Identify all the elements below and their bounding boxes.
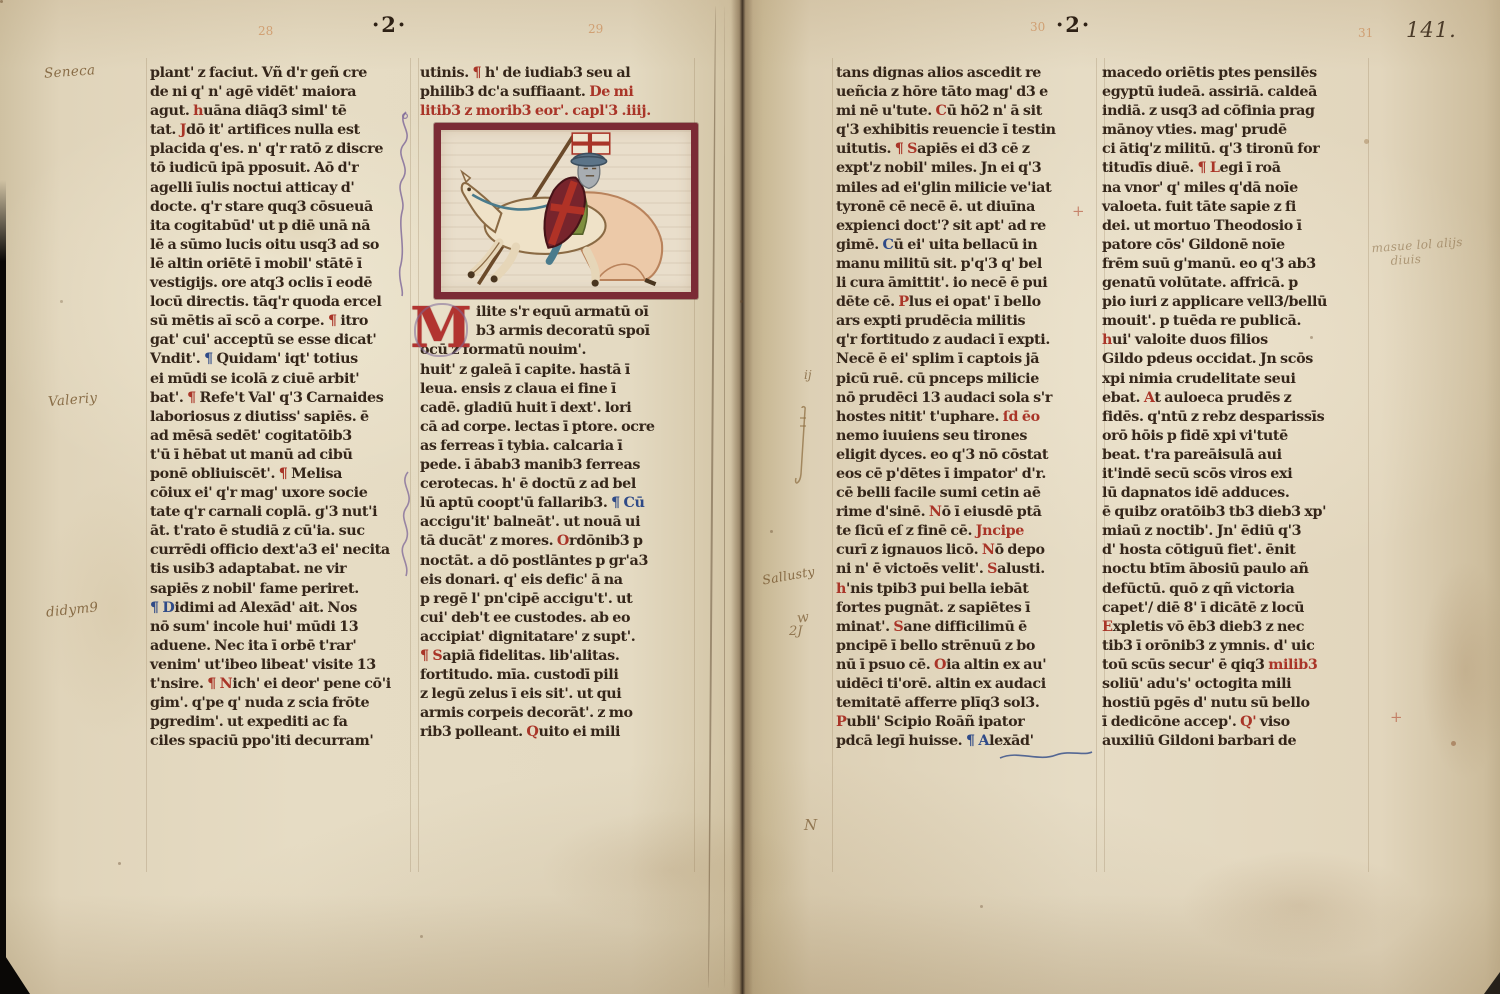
text-line: lū aptū coopt'ū fallarib3. ¶ Cū	[420, 494, 692, 513]
text-line: cē belli facile sumi cetin aē	[836, 484, 1098, 503]
text-line: miaū z noctib'. Jn' ēdiū q'3	[1102, 522, 1368, 541]
faint-column-number: 31	[1358, 26, 1373, 40]
gutter-shadow	[731, 0, 753, 994]
text-column-4: macedo oriētis ptes pensilēsegyptū iudeā…	[1102, 64, 1368, 751]
text-line: defūctū. quō z qñ victoria	[1102, 580, 1368, 599]
text-line: lē a sūmo lucis oitu usq3 ad so	[150, 236, 412, 255]
text-line: cerotecas. h' ē doctū z ad bel	[420, 475, 692, 494]
text-line: capet'/ diē 8' ī dicātē z locū	[1102, 599, 1368, 618]
text-line: soliū' adu's' octogita mili	[1102, 675, 1368, 694]
text-line: eis donari. q' eis defic' ā na	[420, 571, 692, 590]
blue-underline-flourish	[998, 748, 1094, 764]
text-line: armis corpeis decorāt'. z mo	[420, 704, 692, 723]
text-line: rib3 polleant. Quito ei mili	[420, 723, 692, 742]
text-line: Necē ē ei' splim ī captois jā	[836, 350, 1098, 369]
text-line: lū dapnatos idē adduces.	[1102, 484, 1368, 503]
text-line: Vndit'. ¶ Quidam' iqt' totius	[150, 350, 412, 369]
text-line: ī dedicōne accep'. Q' viso	[1102, 713, 1368, 732]
text-line: hui' valoite duos filios	[1102, 331, 1368, 350]
margin-mark-n: N	[804, 816, 817, 834]
text-line: fidēs. q'ntū z rebz desparissīs	[1102, 408, 1368, 427]
text-column-3: tans dignas alios ascedit reueñcia z hōr…	[836, 64, 1098, 751]
text-line: ita cogitabūd' ut p diē unā nā	[150, 217, 412, 236]
text-line: currēdi officio dext'a3 ei' necita	[150, 541, 412, 560]
faint-column-number: 29	[588, 22, 603, 36]
text-line: nū ī psuo cē. Oia altin ex au'	[836, 656, 1098, 675]
text-line: noctāt. a dō postlāntes p gr'a3	[420, 552, 692, 571]
text-line: pgredim'. ut expediti ac fa	[150, 713, 412, 732]
pennant	[572, 133, 609, 154]
text-line: placida q'es. n' q'r ratō z discre	[150, 140, 412, 159]
text-line: indiā. z usq3 ad cōfinia prag	[1102, 102, 1368, 121]
text-line: docte. q'r stare quq3 cōsueuā	[150, 198, 412, 217]
text-line: accipiat' dignitatare' z supt'.	[420, 628, 692, 647]
text-line: āt. t'rato ē studiā z cū'ia. suc	[150, 522, 412, 541]
text-line: nō prudēci 13 audaci sola s'r	[836, 389, 1098, 408]
text-line: agelli īulis noctui atticay d'	[150, 179, 412, 198]
text-line: Publi' Scipio Roāñ ipator	[836, 713, 1098, 732]
text-line: curī z ignauos licō. Nō depo	[836, 541, 1098, 560]
text-line: macedo oriētis ptes pensilēs	[1102, 64, 1368, 83]
text-line: te ſicū eſ z finē cē. Jncipe	[836, 522, 1098, 541]
text-line: leua. ensis z claua ei fine ī	[420, 380, 692, 399]
text-line: eos cē p'dētes ī impator' d'r.	[836, 465, 1098, 484]
text-line: venim' ut'ibeo libeat' visite 13	[150, 656, 412, 675]
text-line: aduene. Nec ita ī orbē t'rar'	[150, 637, 412, 656]
text-line: sapiēs z nobil' fame periret.	[150, 580, 412, 599]
text-line: manu militū sit. p'q'3 q' bel	[836, 255, 1098, 274]
text-line: ebat. At auloeca prudēs z	[1102, 389, 1368, 408]
text-line: h'nis tpib3 pui bella iebāt	[836, 580, 1098, 599]
text-line: hostes nitit' t'uphare. ſd ēo	[836, 408, 1098, 427]
text-line: ars expti prudēcia militis	[836, 312, 1098, 331]
text-column-1: plant' z faciut. Vñ d'r geñ crede ni q' …	[150, 64, 412, 751]
text-line: de ni q' n' agē vidēt' maiora	[150, 83, 412, 102]
text-line: noctu btīm ābosiū paulo añ	[1102, 560, 1368, 579]
text-line: tate q'r carnali coplā. g'3 nut'i	[150, 503, 412, 522]
text-line: tat. Jdō it' artifices nulla est	[150, 121, 412, 140]
text-line: q'r fortitudo z audaci ī expti.	[836, 331, 1098, 350]
text-line: beat. t'ra pareāisulā aui	[1102, 446, 1368, 465]
text-line: li cura āmittit'. io necē ē pui	[836, 274, 1098, 293]
text-line: tans dignas alios ascedit re	[836, 64, 1098, 83]
text-line: picū ruē. cū pnceps milicie	[836, 370, 1098, 389]
text-line: nō sum' incole hui' mūdi 13	[150, 618, 412, 637]
text-line: miles ad ei'glin milicie ve'iat	[836, 179, 1098, 198]
text-line: Gildo pdeus occidat. Jn scōs	[1102, 350, 1368, 369]
text-line: fortitudo. mīa. custodī pili	[420, 666, 692, 685]
foxing-specks	[0, 0, 3, 3]
text-line: sū mētis aī scō a corpe. ¶ itro	[150, 312, 412, 331]
faint-column-number: 30	[1030, 20, 1045, 34]
text-line: accigu'it' balneāt'. ut nouā ui	[420, 513, 692, 532]
text-line: tō iudicū ipā pposuit. Aō d'r	[150, 159, 412, 178]
text-line: tyronē cē necē ē. ut diuīna	[836, 198, 1098, 217]
text-line: uitutis. ¶ Sapiēs ei d3 cē z	[836, 140, 1098, 159]
text-line: gat' cui' acceptū se esse dicat'	[150, 331, 412, 350]
text-line: plant' z faciut. Vñ d'r geñ cre	[150, 64, 412, 83]
photo-background-edge	[0, 180, 6, 994]
margin-mark-2j: 2J	[789, 624, 802, 639]
text-line: ad mēsā sedēt' cogitatōib3	[150, 427, 412, 446]
miniature-knight	[434, 123, 698, 299]
text-line: pio iuri z applicare vell3/bellū	[1102, 293, 1368, 312]
text-line: t'nsire. ¶ Nich' ei deor' pene cō'i	[150, 675, 412, 694]
text-line: auxiliū Gildoni barbari de	[1102, 732, 1368, 751]
text-line: locū directis. tāq'r quoda ercel	[150, 293, 412, 312]
text-line: tis usib3 adaptabat. ne vir	[150, 560, 412, 579]
text-line: minat'. Sane difficilimū ē	[836, 618, 1098, 637]
text-line: it'indē secū scōs viros exi	[1102, 465, 1368, 484]
text-line: cōiux ei' q'r mag' uxore socie	[150, 484, 412, 503]
text-line: ni n' ē victoēs velit'. Salusti.	[836, 560, 1098, 579]
text-line: mānoy vties. mag' prudē	[1102, 121, 1368, 140]
text-line: egyptū iudeā. assiriā. caldeā	[1102, 83, 1368, 102]
text-line: p regē l' pn'cipē accigu't'. ut	[420, 590, 692, 609]
text-line: dei. ut mortuo Theodosio ī	[1102, 217, 1368, 236]
ruling-line	[832, 58, 833, 872]
margin-cross-mark: +	[1390, 708, 1403, 726]
text-line: pede. ī ābab3 manib3 ferreas	[420, 456, 692, 475]
text-line: z legū zelus ī eis sit'. ut qui	[420, 685, 692, 704]
text-line: expt'z nobil' miles. Jn ei q'3	[836, 159, 1098, 178]
left-page-edge-inner	[724, 6, 725, 988]
text-line: q'3 exhibitis reuencie ī testin	[836, 121, 1098, 140]
text-line: utinis. ¶ h' de iudiab3 seu al	[420, 64, 692, 83]
text-line: philib3 dc'a suffiaant. De mi	[420, 83, 692, 102]
text-line: titudīs diuē. ¶ Legi ī roā	[1102, 159, 1368, 178]
text-line: vestigijs. ore atq3 oclis ī eodē	[150, 274, 412, 293]
text-line: orō hōis p fidē xpi vi'tutē	[1102, 427, 1368, 446]
text-line: cadē. gladiū huit ī dext'. lori	[420, 399, 692, 418]
text-line: na vnor' q' miles q'dā noīe	[1102, 179, 1368, 198]
text-line: tib3 ī orōnib3 z ymnis. d' uic	[1102, 637, 1368, 656]
text-line: fortes pugnāt. z sapiētes ī	[836, 599, 1098, 618]
text-line: valoeta. fuit tāte sapie z fi	[1102, 198, 1368, 217]
text-line: uidēci ti'orē. altin ex audaci	[836, 675, 1098, 694]
text-line: expienci doct'? sit apt' ad re	[836, 217, 1098, 236]
text-line: nemo iuuiens seu tirones	[836, 427, 1098, 446]
margin-mark-ij: ij	[804, 368, 812, 382]
text-line: cā ad corpe. lectas ī ptore. ocre	[420, 418, 692, 437]
text-line: laboriosus z diutiss' sapiēs. ē	[150, 408, 412, 427]
text-line: ē quibz oratōib3 tb3 dieb3 xp'	[1102, 503, 1368, 522]
text-line: lē altin oriētē ī mobil' stātē ī	[150, 255, 412, 274]
text-line: ¶ Didimi ad Alexād' ait. Nos	[150, 599, 412, 618]
text-line: agut. huāna diāq3 siml' tē	[150, 102, 412, 121]
text-line: rime d'sinē. Nō ī eiusdē ptā	[836, 503, 1098, 522]
text-line: eligit dyces. eo q'3 nō cōstat	[836, 446, 1098, 465]
text-line: bat'. ¶ Refe't Val' q'3 Carnaides	[150, 389, 412, 408]
text-line: Expletis vō ēb3 dieb3 z nec	[1102, 618, 1368, 637]
text-line: hostiū pgēs d' nutu sū bello	[1102, 694, 1368, 713]
text-line: genatū volūtate. affricā. p	[1102, 274, 1368, 293]
folio-number: 141.	[1406, 18, 1457, 42]
text-line: toū scūs secur' ē qiq3 milib3	[1102, 656, 1368, 675]
column2-top-lines: utinis. ¶ h' de iudiab3 seu alphilib3 dc…	[420, 64, 692, 121]
ruling-line	[146, 58, 147, 872]
margin-cross-mark: +	[1072, 202, 1085, 220]
text-line: ei mūdi se icolā z ciuē arbit'	[150, 370, 412, 389]
text-line: gimē. Cū ei' uita bellacū in	[836, 236, 1098, 255]
knight-illustration	[441, 130, 691, 288]
text-line: mi nē u'tute. Cū hō2 n' ā sit	[836, 102, 1098, 121]
text-line: ueñcia z hōre tāto mag' d3 e	[836, 83, 1098, 102]
text-line: xpi nimia crudelitate seui	[1102, 370, 1368, 389]
text-line: as ferreas ī tybia. calcaria ī	[420, 437, 692, 456]
text-column-2: utinis. ¶ h' de iudiab3 seu alphilib3 dc…	[420, 64, 692, 742]
text-line: frēm suū g'manū. eo q'3 ab3	[1102, 255, 1368, 274]
text-line: litib3 z morib3 eor'. capl'3 .iiij.	[420, 102, 692, 121]
text-line: patore cōs' Gildonē noīe	[1102, 236, 1368, 255]
text-line: d' hosta cōtiguū fiet'. ēnit	[1102, 541, 1368, 560]
text-line: tā ducāt' z mores. Ordōnib3 p	[420, 532, 692, 551]
text-line: t'ū ī hēbat ut manū ad cibū	[150, 446, 412, 465]
quire-mark-left: ·2·	[372, 12, 407, 37]
text-line: ¶ Sapiā fidelitas. lib'alitas.	[420, 647, 692, 666]
text-line: cui' deb't ee custodes. ab eo	[420, 609, 692, 628]
text-line: ciles spaciū ppo'iti decurram'	[150, 732, 412, 751]
text-line: ci ātiq'z militū. q'3 tironū for	[1102, 140, 1368, 159]
manuscript-photo: ·2· ·2· 141. 28 29 30 31 plant' z faciut…	[0, 0, 1500, 994]
decorated-initial-m: M	[410, 299, 472, 361]
text-line: dēte cē. Plus ei opat' ī bello	[836, 293, 1098, 312]
text-line: gim'. q'pe q' nuda z scia frōte	[150, 694, 412, 713]
text-line: huit' z galeā ī capite. hastā ī	[420, 361, 692, 380]
faint-column-number: 28	[258, 24, 273, 38]
text-line: mouit'. p tuēda re publicā.	[1102, 312, 1368, 331]
column2-body-lines: M ilite s'r equū armatū oīb3 armis decor…	[420, 303, 692, 742]
text-line: temitatē afferre plīq3 sol3.	[836, 694, 1098, 713]
text-line: pncipē ī bello strēnuū z bo	[836, 637, 1098, 656]
ruling-line	[418, 58, 419, 872]
ruling-line	[1368, 58, 1369, 872]
quire-mark-right: ·2·	[1056, 12, 1091, 37]
text-line: ponē obliuiscēt'. ¶ Melisa	[150, 465, 412, 484]
